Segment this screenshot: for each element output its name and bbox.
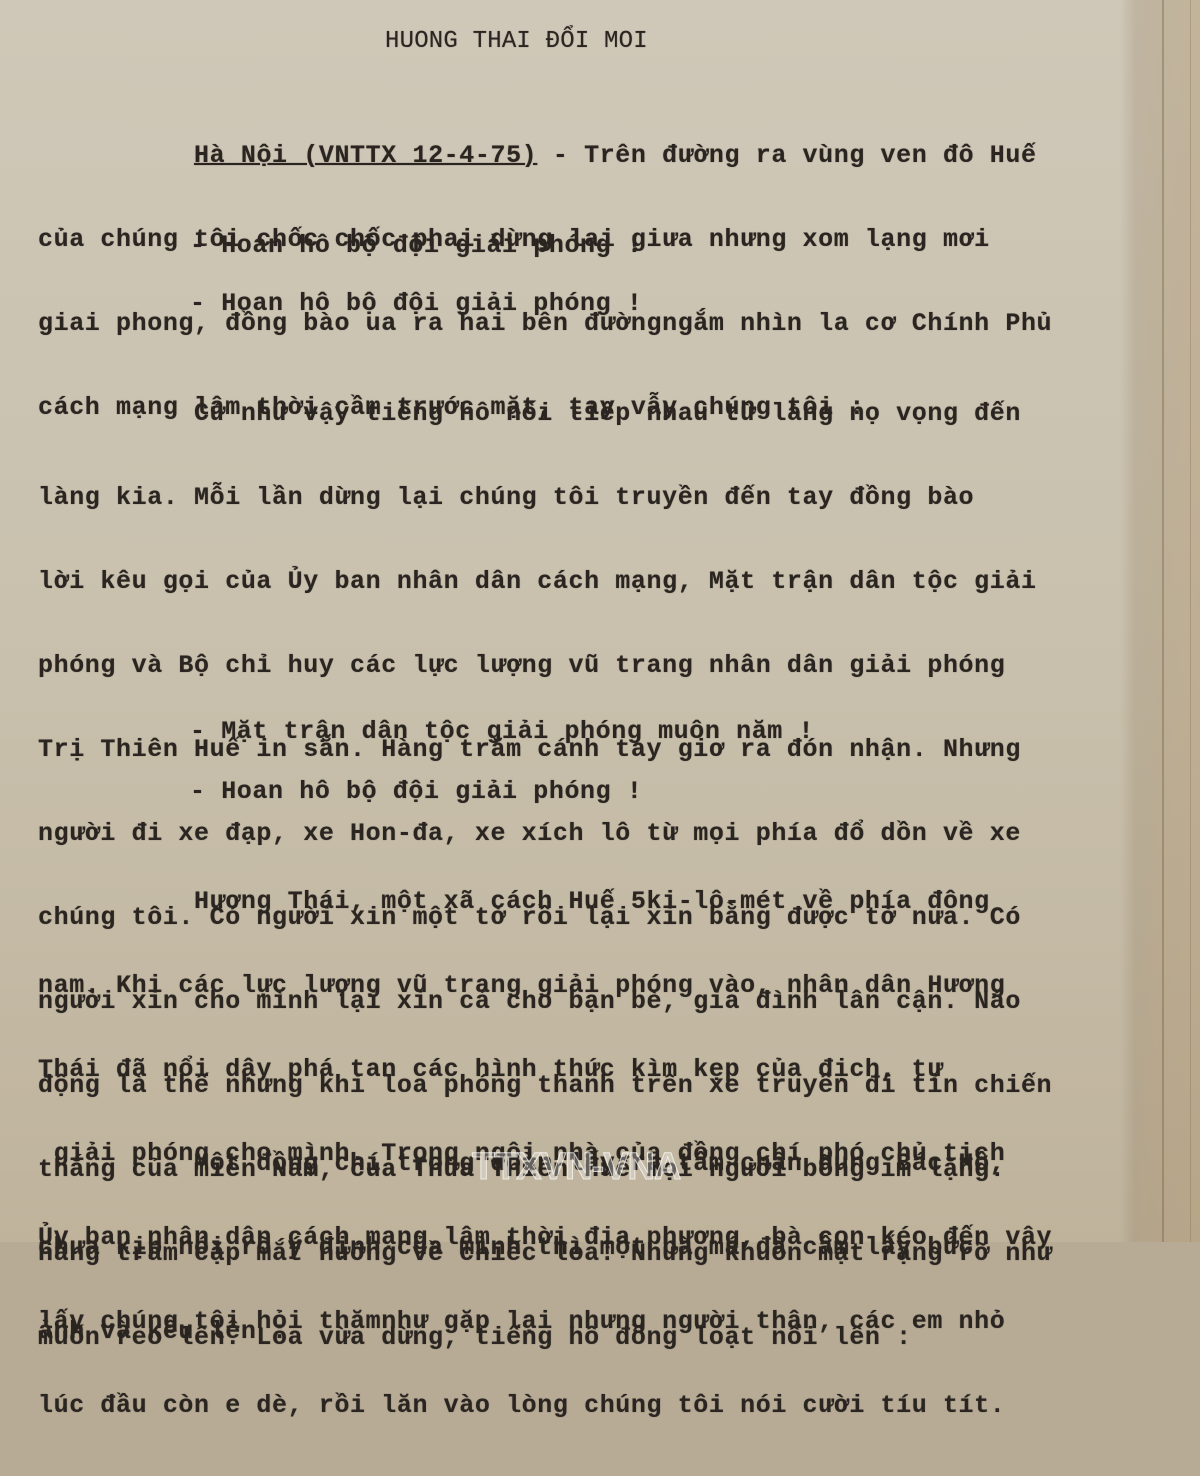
paragraph-3-line: nam. Khi các lực lượng vũ trang giải phó… <box>38 972 1052 1000</box>
paragraph-1-line-1: Hà Nội (VNTTX 12-4-75) - Trên đường ra v… <box>38 142 1052 170</box>
dateline: Hà Nội (VNTTX 12-4-75) <box>194 141 537 170</box>
paper-page: HUONG THAI ĐỔI MOI Hà Nội (VNTTX 12-4-75… <box>0 0 1200 1242</box>
paragraph-2-line: lời kêu gọi của Ủy ban nhân dân cách mạn… <box>38 568 1052 596</box>
document-title: HUONG THAI ĐỔI MOI <box>385 28 648 56</box>
paragraph-3-line: Thái đã nổi dậy phá tan các hình thức kì… <box>38 1056 1052 1084</box>
page-binding-shadow <box>1162 0 1164 1242</box>
paragraph-2-line: làng kia. Mỗi lần dừng lại chúng tôi tru… <box>38 484 1052 512</box>
slogan-4: - Hoan hô bộ đội giải phóng ! <box>190 778 642 806</box>
slogan-1: - Hoan hô bộ đội giải phóng ! <box>190 232 642 260</box>
page-edge-line <box>1190 0 1191 1242</box>
slogan-2: - Hoan hô bộ đội giải phóng ! <box>190 290 642 318</box>
paragraph-2-line: Cứ như vậy tiếng hô nối tiếp nhau từ làn… <box>38 400 1052 428</box>
paragraph-4-line: chưa kịp nói rõ ý định của mình thì một … <box>38 1234 1005 1242</box>
paragraph-2-line: phóng và Bộ chỉ huy các lực lượng vũ tra… <box>38 652 1052 680</box>
agency-watermark: TTXVN-VNA <box>472 1146 680 1189</box>
paragraph-3-line: Hương Thái, một xã cách Huế 5ki-lô-mét v… <box>38 888 1052 916</box>
slogan-3: - Mặt trận dân tộc giải phóng muôn năm ! <box>190 718 814 746</box>
